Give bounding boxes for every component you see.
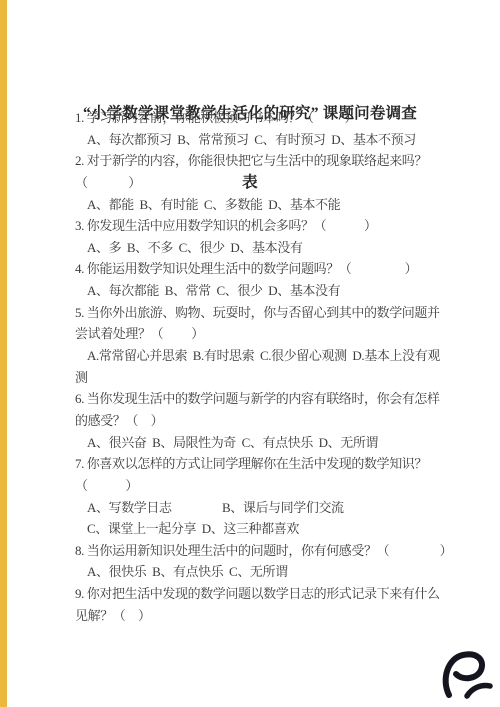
question-line: （ ） xyxy=(0,172,500,194)
option-line: A、每次都能 B、常常 C、很少 D、基本没有 xyxy=(0,280,500,302)
option-line: A.常常留心并思索 B.有时思索 C.很少留心观测 D.基本上没有观 xyxy=(0,345,500,367)
question-line: 测 xyxy=(0,367,500,389)
question-line: 2. 对于新学的内容，你能很快把它与生活中的现象联络起来吗？ xyxy=(0,150,500,172)
question-line: 6. 当你发现生活中的数学问题与新学的内容有联络时，你会有怎样 xyxy=(0,388,500,410)
option-line: A、每次都预习 B、常常预习 C、有时预习 D、基本不预习 xyxy=(0,129,500,151)
question-line: 3. 你发现生活中应用数学知识的机会多吗？（ ） xyxy=(0,215,500,237)
option-line: C、课堂上一起分享 D、这三种都喜欢 xyxy=(0,518,500,540)
document-body: 1. 学习新内容前，你能积极预习书本吗？（ ） A、每次都预习 B、常常预习 C… xyxy=(0,107,500,626)
option-line: A、很快乐 B、有点快乐 C、无所谓 xyxy=(0,561,500,583)
question-line: 1. 学习新内容前，你能积极预习书本吗？（ ） xyxy=(0,107,500,129)
question-line: 7. 你喜欢以怎样的方式让同学理解你在生活中发现的数学知识？ xyxy=(0,453,500,475)
question-line: 5. 当你外出旅游、购物、玩耍时，你与否留心到其中的数学问题并 xyxy=(0,302,500,324)
option-line: A、多 B、不多 C、很少 D、基本没有 xyxy=(0,237,500,259)
option-line: A、很兴奋 B、局限性为奇 C、有点快乐 D、无所谓 xyxy=(0,432,500,454)
question-line: 9. 你对把生活中发现的数学问题以数学日志的形式记录下来有什么 xyxy=(0,583,500,605)
question-line: 8. 当你运用新知识处理生活中的问题时，你有何感受？（ ） xyxy=(0,540,500,562)
question-line: 4. 你能运用数学知识处理生活中的数学问题吗？（ ） xyxy=(0,258,500,280)
question-line: 尝试着处理？（ ） xyxy=(0,323,500,345)
option-line: A、写数学日志 B、课后与同学们交流 xyxy=(0,497,500,519)
ink-scribble-mark xyxy=(438,648,494,702)
questionnaire-page: “小学数学课堂教学生活化的研究” 课题问卷调查 表 1. 学习新内容前，你能积极… xyxy=(0,0,500,707)
question-line: （ ） xyxy=(0,475,500,497)
question-line: 见解？（ ） xyxy=(0,605,500,627)
ink-scribble-stroke-2 xyxy=(467,685,490,696)
question-line: 的感受？（ ） xyxy=(0,410,500,432)
option-line: A、都能 B、有时能 C、多数能 D、基本不能 xyxy=(0,194,500,216)
